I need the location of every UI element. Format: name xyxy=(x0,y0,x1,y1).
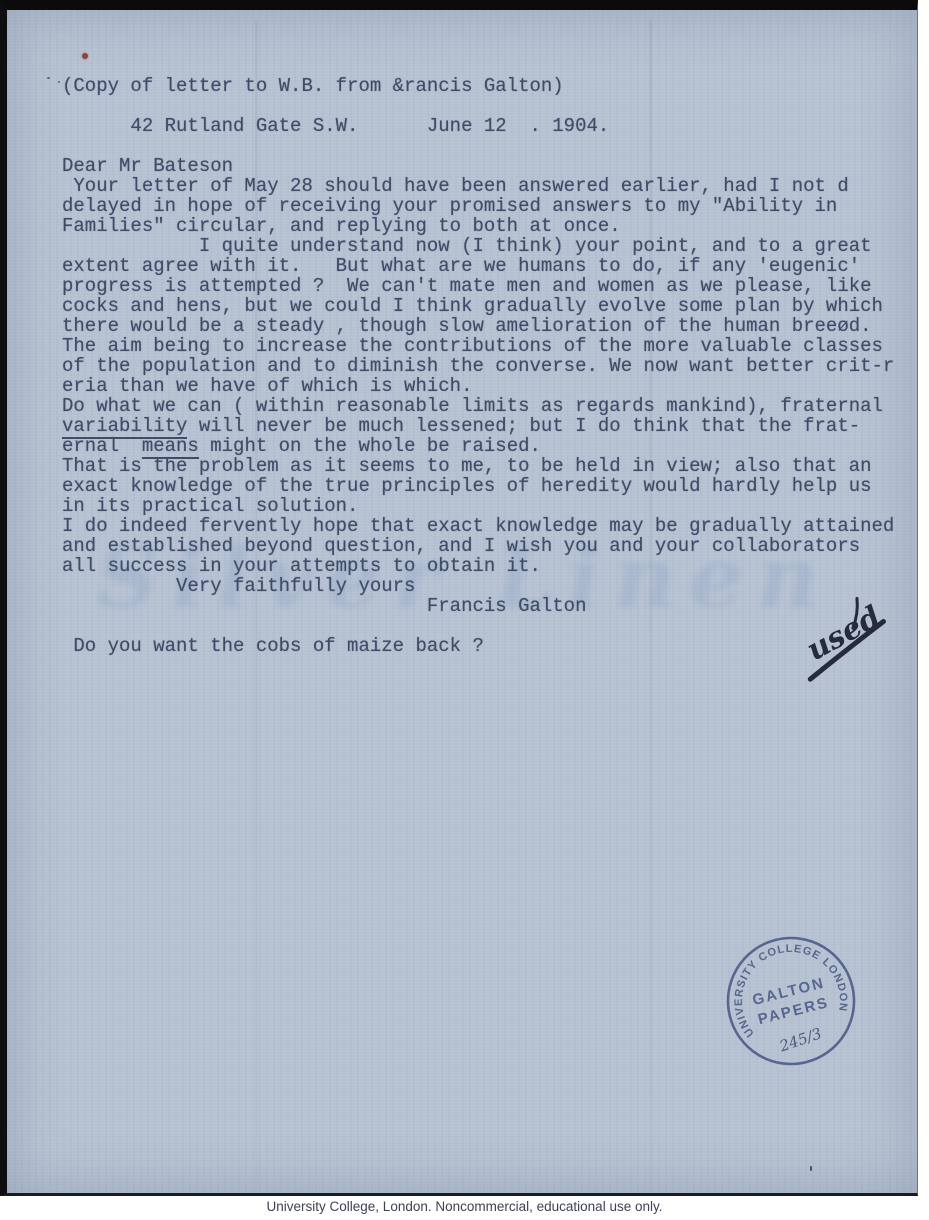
ink-speck-red xyxy=(82,53,88,59)
letter-line: in its practical solution. xyxy=(62,496,912,516)
letter-line: variability will never be much lessened;… xyxy=(62,416,912,436)
letter-line: progress is attempted ? We can't mate me… xyxy=(62,276,912,296)
letter-line: of the population and to diminish the co… xyxy=(62,356,912,376)
letter-line xyxy=(62,136,912,156)
letter-line xyxy=(62,616,912,636)
letter-line: Families" circular, and replying to both… xyxy=(62,216,912,236)
letter-line: delayed in hope of receiving your promis… xyxy=(62,196,912,216)
handwritten-used-text: used xyxy=(801,599,887,668)
letter-line: cocks and hens, but we could I think gra… xyxy=(62,296,912,316)
letter-line: Francis Galton xyxy=(62,596,912,616)
ink-speck xyxy=(58,81,60,83)
letter-line: Do you want the cobs of maize back ? xyxy=(62,636,912,656)
footer-caption-text: University College, London. Noncommercia… xyxy=(267,1199,663,1214)
footer-caption-bar: University College, London. Noncommercia… xyxy=(0,1196,929,1220)
letter-line: Dear Mr Bateson xyxy=(62,156,912,176)
ink-speck xyxy=(47,77,50,79)
ink-speck xyxy=(810,1166,812,1171)
letter-line: there would be a steady , though slow am… xyxy=(62,316,912,336)
letter-line: That is the problem as it seems to me, t… xyxy=(62,456,912,476)
letter-line: extent agree with it. But what are we hu… xyxy=(62,256,912,276)
letter-line xyxy=(62,96,912,116)
letter-line: The aim being to increase the contributi… xyxy=(62,336,912,356)
letter-body: (Copy of letter to W.B. from &rancis Gal… xyxy=(62,76,912,656)
letter-line: eria than we have of which is which. xyxy=(62,376,912,396)
scanned-letter-page: Silver Linen (Copy of letter to W.B. fro… xyxy=(0,0,929,1220)
letter-line: and established beyond question, and I w… xyxy=(62,536,912,556)
letter-line: ernal means might on the whole be raised… xyxy=(62,436,912,456)
letter-line: I quite understand now (I think) your po… xyxy=(62,236,912,256)
letter-line: Your letter of May 28 should have been a… xyxy=(62,176,912,196)
letter-line: exact knowledge of the true principles o… xyxy=(62,476,912,496)
stamp-number: 245/3 xyxy=(776,1024,824,1055)
handwriting-svg: used xyxy=(788,592,918,687)
letter-line: Do what we can ( within reasonable limit… xyxy=(62,396,912,416)
letter-line: I do indeed fervently hope that exact kn… xyxy=(62,516,912,536)
letter-line: all success in your attempts to obtain i… xyxy=(62,556,912,576)
letter-line: (Copy of letter to W.B. from &rancis Gal… xyxy=(62,76,912,96)
handwritten-used-note: used xyxy=(788,592,918,687)
letter-line: 42 Rutland Gate S.W. June 12 . 1904. xyxy=(62,116,912,136)
letter-line: Very faithfully yours xyxy=(62,576,912,596)
